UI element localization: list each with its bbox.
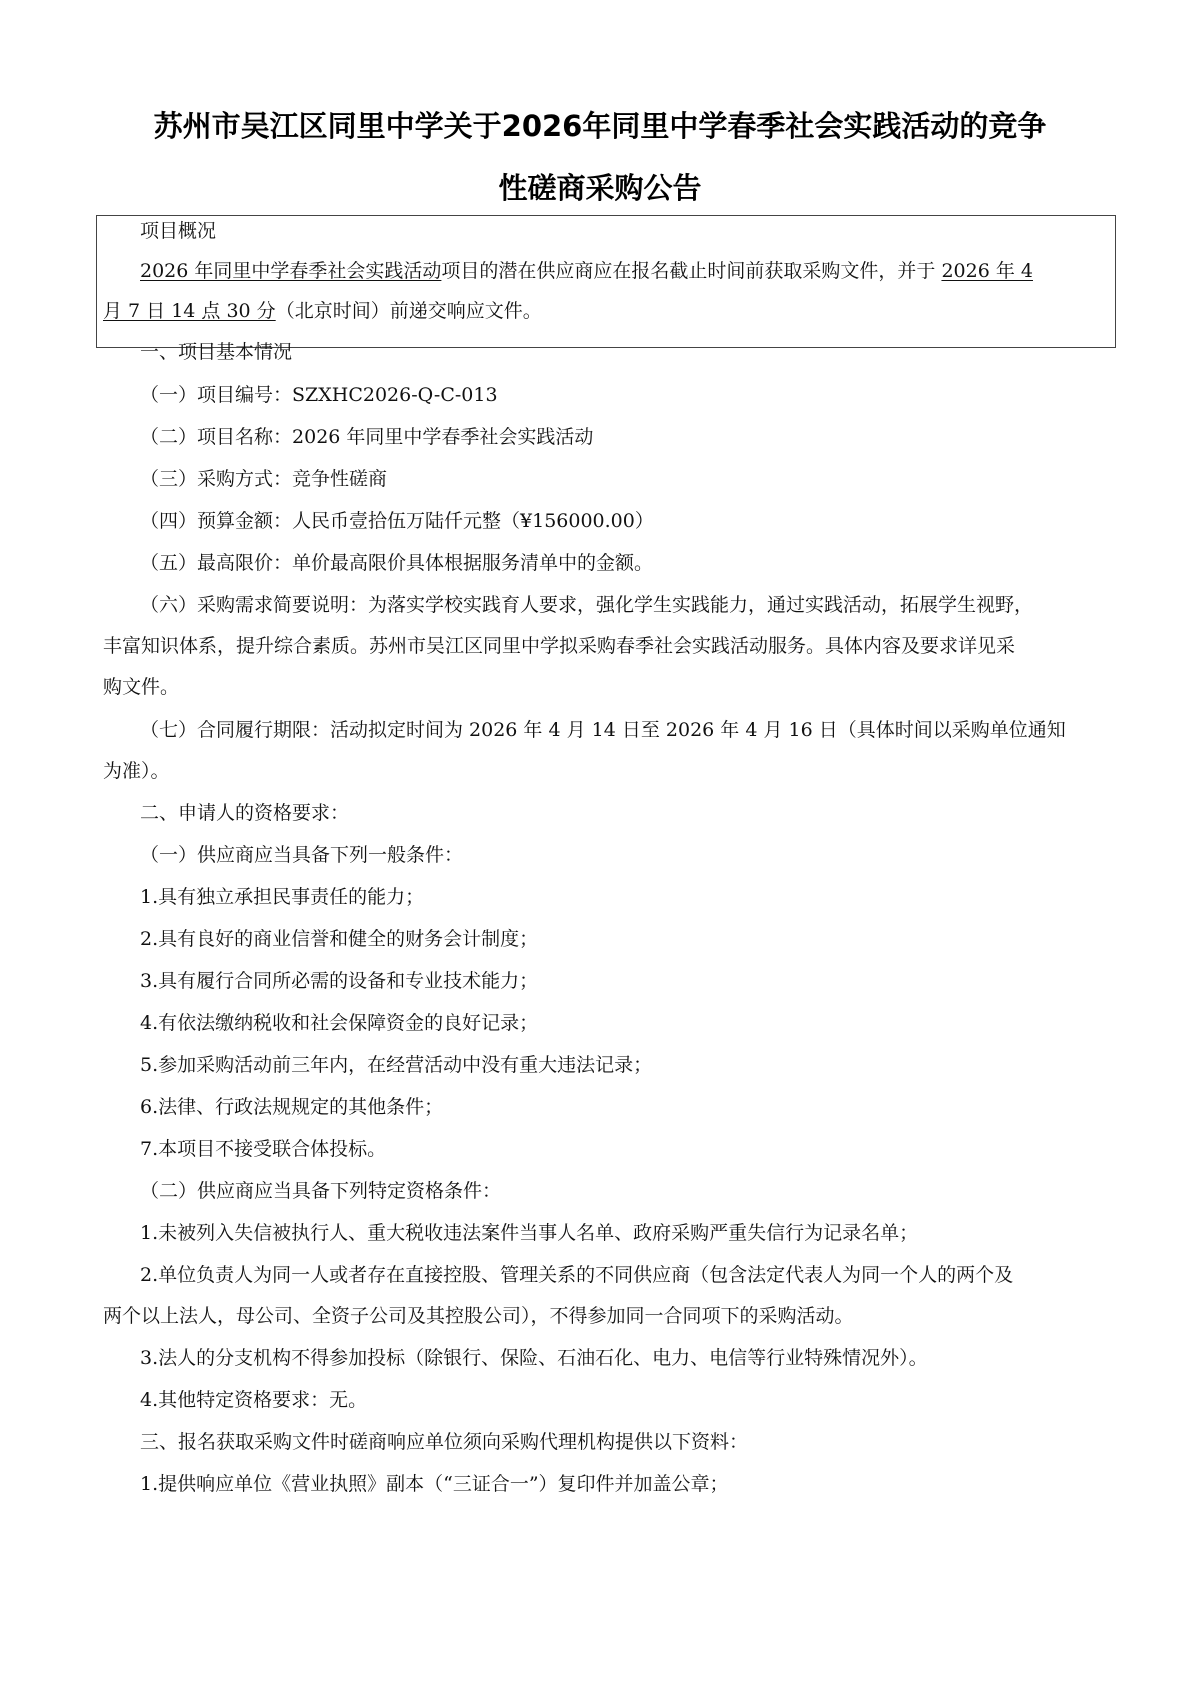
specific-item-1: 1.未被列入失信被执行人、重大税收违法案件当事人名单、政府采购严重失信行为记录名… <box>140 1221 918 1245</box>
section2-heading: 二、申请人的资格要求： <box>140 801 349 825</box>
item-label: （三）采购方式： <box>140 468 292 490</box>
overview-deadline-end: 月 7 日 14 点 30 分 <box>103 300 276 322</box>
document-page: 苏州市吴江区同里中学关于2026年同里中学春季社会实践活动的竞争 性磋商采购公告… <box>0 0 1191 1684</box>
section1-item-6-line3: 购文件。 <box>103 675 179 699</box>
document-title-line2: 性磋商采购公告 <box>100 166 1100 207</box>
overview-line2-text: （北京时间）前递交响应文件。 <box>276 300 542 322</box>
item-value: 单价最高限价具体根据服务清单中的金额。 <box>292 552 653 574</box>
section1-item-7-line2: 为准）。 <box>103 759 170 783</box>
general-item-7: 7.本项目不接受联合体投标。 <box>140 1137 386 1161</box>
section1-item-6-line1: （六）采购需求简要说明：为落实学校实践育人要求，强化学生实践能力，通过实践活动，… <box>140 593 1033 617</box>
general-item-5: 5.参加采购活动前三年内，在经营活动中没有重大违法记录； <box>140 1053 652 1077</box>
section3-item-1: 1.提供响应单位《营业执照》副本（“三证合一”）复印件并加盖公章； <box>140 1472 729 1496</box>
section1-item-1: （一）项目编号：SZXHC2026-Q-C-013 <box>140 383 498 407</box>
overview-deadline-start: 2026 年 4 <box>941 260 1033 282</box>
specific-item-2-line1: 2.单位负责人为同一人或者存在直接控股、管理关系的不同供应商（包含法定代表人为同… <box>140 1263 1013 1287</box>
specific-item-2-line2: 两个以上法人，母公司、全资子公司及其控股公司），不得参加同一合同项下的采购活动。 <box>103 1304 854 1328</box>
section1-item-6-line2: 丰富知识体系，提升综合素质。苏州市吴江区同里中学拟采购春季社会实践活动服务。具体… <box>103 634 1015 658</box>
item-label: （二）项目名称： <box>140 426 292 448</box>
overview-line2: 月 7 日 14 点 30 分（北京时间）前递交响应文件。 <box>103 299 542 323</box>
overview-line1-text: 项目的潜在供应商应在报名截止时间前获取采购文件，并于 <box>441 260 941 282</box>
general-item-6: 6.法律、行政法规规定的其他条件； <box>140 1095 443 1119</box>
section2-general-heading: （一）供应商应当具备下列一般条件： <box>140 843 463 867</box>
general-item-3: 3.具有履行合同所必需的设备和专业技术能力； <box>140 969 538 993</box>
item-value: 人民币壹拾伍万陆仟元整（¥156000.00） <box>292 510 654 532</box>
section1-item-5: （五）最高限价：单价最高限价具体根据服务清单中的金额。 <box>140 551 653 575</box>
section1-item-2: （二）项目名称：2026 年同里中学春季社会实践活动 <box>140 425 593 449</box>
item-value: 2026 年同里中学春季社会实践活动 <box>292 426 593 448</box>
section2-specific-heading: （二）供应商应当具备下列特定资格条件： <box>140 1179 501 1203</box>
item-label: （四）预算金额： <box>140 510 292 532</box>
item-label: （五）最高限价： <box>140 552 292 574</box>
specific-item-3: 3.法人的分支机构不得参加投标（除银行、保险、石油石化、电力、电信等行业特殊情况… <box>140 1346 928 1370</box>
item-label: （一）项目编号： <box>140 384 292 406</box>
item-value: SZXHC2026-Q-C-013 <box>292 384 498 406</box>
general-item-1: 1.具有独立承担民事责任的能力； <box>140 885 424 909</box>
item-value: 竞争性磋商 <box>292 468 387 490</box>
general-item-2: 2.具有良好的商业信誉和健全的财务会计制度； <box>140 927 538 951</box>
section1-item-3: （三）采购方式：竞争性磋商 <box>140 467 387 491</box>
overview-project-name: 2026 年同里中学春季社会实践活动 <box>140 260 441 282</box>
section1-heading: 一、项目基本情况 <box>140 340 292 364</box>
overview-line1: 2026 年同里中学春季社会实践活动项目的潜在供应商应在报名截止时间前获取采购文… <box>140 259 1033 283</box>
section1-item-7-line1: （七）合同履行期限：活动拟定时间为 2026 年 4 月 14 日至 2026 … <box>140 718 1066 742</box>
overview-heading: 项目概况 <box>140 219 216 243</box>
section1-item-4: （四）预算金额：人民币壹拾伍万陆仟元整（¥156000.00） <box>140 509 654 533</box>
specific-item-4: 4.其他特定资格要求：无。 <box>140 1388 367 1412</box>
document-title-line1: 苏州市吴江区同里中学关于2026年同里中学春季社会实践活动的竞争 <box>100 104 1100 145</box>
general-item-4: 4.有依法缴纳税收和社会保障资金的良好记录； <box>140 1011 538 1035</box>
section3-heading: 三、报名获取采购文件时磋商响应单位须向采购代理机构提供以下资料： <box>140 1430 748 1454</box>
